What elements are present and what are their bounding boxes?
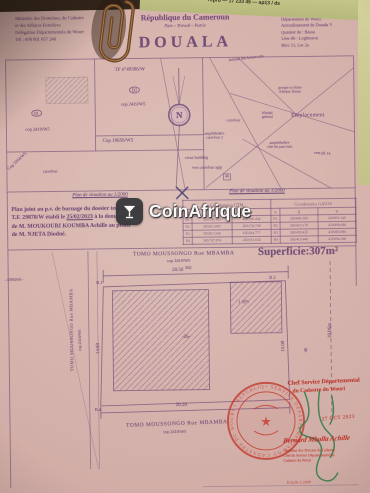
agip-label: vers carrefour agip <box>192 165 222 170</box>
paper-scrap-right <box>358 0 370 185</box>
road-top-cop: cop 2419/W5 <box>167 259 190 264</box>
approval-signer-titles: Ingénieur des Travaux du Cadastre Chef d… <box>283 448 335 463</box>
watermark-text: CoinAfrique <box>149 201 251 222</box>
dim-bottom: 20.20 <box>176 403 187 409</box>
scanned-document: Ministère des Domaines, du Cadastre et d… <box>0 0 370 493</box>
cop-19656: Cop 19656/W5 <box>103 139 134 145</box>
margin-note: - 4/09290 - <box>4 278 23 283</box>
amphi2-line: côté fin parcours <box>257 145 303 150</box>
building-label: vieux building <box>185 156 208 161</box>
cop-2419-a: cop 2419/W5 <box>121 101 145 106</box>
amphi1-line: carrefour 2 <box>195 136 235 141</box>
watermark: CoinAfrique <box>116 198 251 225</box>
amphi1-label: amphithéâtre carrefour 2 <box>194 131 234 140</box>
table-row: B4585797.874450293.656B4585410.440430094… <box>183 235 356 244</box>
approval-bottom-note: Échelle 1/2000 <box>287 480 311 485</box>
emplacement-label: Emplacement <box>291 112 325 119</box>
carrefour-label-a: carrefour <box>43 169 58 174</box>
situation-hatch-block <box>46 77 88 104</box>
lot-label: -26- <box>182 335 190 341</box>
corner-b1: B.1 <box>96 280 102 285</box>
small-lot-label: 1 SP5 <box>239 300 249 305</box>
north-letter: N <box>173 109 185 119</box>
plot46-label: 46 <box>223 173 231 180</box>
table-cell: 450293.656 <box>232 236 271 243</box>
road-left-label: TOMO MOUSSONGO Rue MBAMBA <box>68 288 74 371</box>
corner-b4: B.4 <box>95 407 101 412</box>
deed-date: 25/02/2023 <box>66 214 92 220</box>
groupe-scolaire-label: groupe scolaire Afrique Danse <box>270 85 310 94</box>
svg-text:★: ★ <box>260 414 272 429</box>
carrefour-label-b: carrefour <box>226 118 240 123</box>
table-cell: B4 <box>183 237 192 244</box>
table-cell: 430094.380 <box>318 235 356 242</box>
signer-title-line: Cadastre du Wouri <box>283 458 334 463</box>
document-photo: repro — 17 233 45 — ap13 / ds Ministère … <box>0 0 370 493</box>
pk14-label: vers pk 14 <box>314 151 331 157</box>
situation-roads <box>161 56 356 190</box>
dim-left: 14.98 <box>96 343 102 354</box>
cop-2419-b: cop 2419/W5 <box>25 127 49 132</box>
road-top-num: 262 <box>185 266 192 271</box>
dim-top: 20.50 <box>172 268 183 274</box>
north-compass-icon <box>168 68 190 188</box>
groupe-line: Afrique Danse <box>270 90 310 95</box>
paperclip <box>73 0 144 77</box>
dim-right: 15.08 <box>281 341 287 352</box>
hopital-label: hôpital général <box>252 111 282 120</box>
caption-right: Plan de situation au 1/2000 <box>229 189 285 195</box>
deed-owner-line: de M. NJETA Diodné. <box>12 230 143 240</box>
table-cell: B4 <box>271 236 280 243</box>
parcel-46: 46 <box>303 348 308 353</box>
table-cell: 585410.440 <box>280 236 318 243</box>
road-left-cop: cop 2419/W5 <box>78 329 83 351</box>
road-top-label: TOMO MOUSSONGO Rue MBAMBA <box>133 250 235 258</box>
table-cell: 585797.874 <box>192 237 232 244</box>
road-bottom-cop: cop 2419/W5 <box>163 430 186 435</box>
point-01: 01 <box>31 110 42 117</box>
hopital-line: général <box>252 115 282 120</box>
deed-line-pre: T.F. 29878/W établi le <box>11 215 66 222</box>
coinafrique-icon <box>116 198 143 225</box>
dim-depth: 19.06m <box>328 323 334 338</box>
corner-b2: B.2 <box>269 275 275 280</box>
superficie-label: Superficie:307m² <box>258 245 338 259</box>
amphi2-label: amphithéâtre côté fin parcours <box>257 140 303 149</box>
